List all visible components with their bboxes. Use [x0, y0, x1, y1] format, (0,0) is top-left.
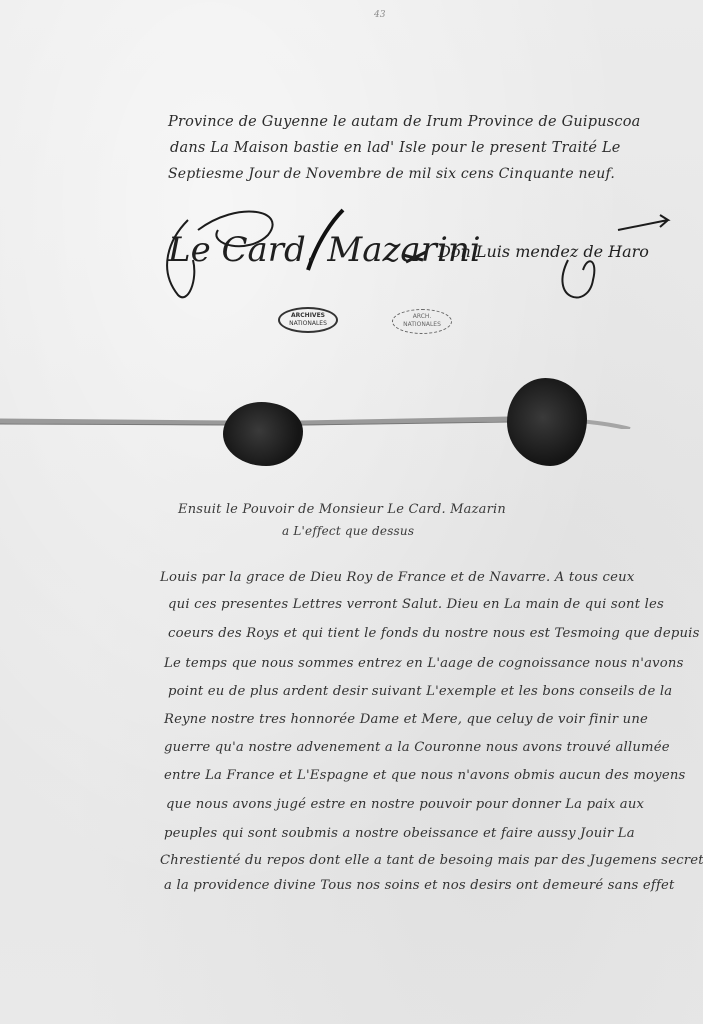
- header-line: Province de Guyenne le autam de Irum Pro…: [168, 114, 641, 130]
- wax-seal-icon: [507, 378, 587, 466]
- body-line: Reyne nostre tres honnorée Dame et Mere,…: [164, 712, 648, 727]
- body-line: a la providence divine Tous nos soins et…: [164, 878, 675, 893]
- body-line: qui ces presentes Lettres verront Salut.…: [168, 597, 664, 612]
- body-line: guerre qu'a nostre advenement a la Couro…: [164, 740, 670, 755]
- section-title: Ensuit le Pouvoir de Monsieur Le Card. M…: [178, 502, 506, 517]
- signature-mazarin: Le Card. Mazarini: [168, 230, 481, 270]
- header-line: dans La Maison bastie en lad' Isle pour …: [170, 140, 621, 156]
- body-line: entre La France et L'Espagne et que nous…: [164, 768, 686, 783]
- body-line: coeurs des Roys et qui tient le fonds du…: [168, 626, 700, 641]
- manuscript-page: 43 Province de Guyenne le autam de Irum …: [0, 0, 703, 1024]
- body-line: Louis par la grace de Dieu Roy de France…: [160, 570, 634, 585]
- wax-seal-icon: [223, 402, 303, 466]
- stamp-label-bottom: NATIONALES: [280, 320, 336, 328]
- body-line: Le temps que nous sommes entrez en L'aag…: [164, 656, 684, 671]
- stamp-label-top: ARCH.: [393, 313, 451, 321]
- section-subtitle: a L'effect que dessus: [282, 524, 414, 538]
- body-line: peuples qui sont soubmis a nostre obeiss…: [164, 826, 635, 841]
- header-line: Septiesme Jour de Novembre de mil six ce…: [168, 166, 615, 182]
- body-line: point eu de plus ardent desir suivant L'…: [168, 684, 672, 699]
- folio-number: 43: [374, 10, 385, 20]
- stamp-label-top: ARCHIVES: [280, 312, 336, 320]
- signature-haro: Don Luis mendez de Haro: [438, 242, 649, 261]
- signatures-block: Le Card. Mazarini Don Luis mendez de Har…: [148, 200, 678, 310]
- body-line: Chrestienté du repos dont elle a tant de…: [160, 853, 703, 868]
- stamp-label-bottom: NATIONALES: [393, 321, 451, 329]
- body-line: que nous avons jugé estre en nostre pouv…: [166, 797, 644, 812]
- archives-stamp: ARCH. NATIONALES: [392, 309, 452, 334]
- archives-stamp: ARCHIVES NATIONALES: [278, 307, 338, 333]
